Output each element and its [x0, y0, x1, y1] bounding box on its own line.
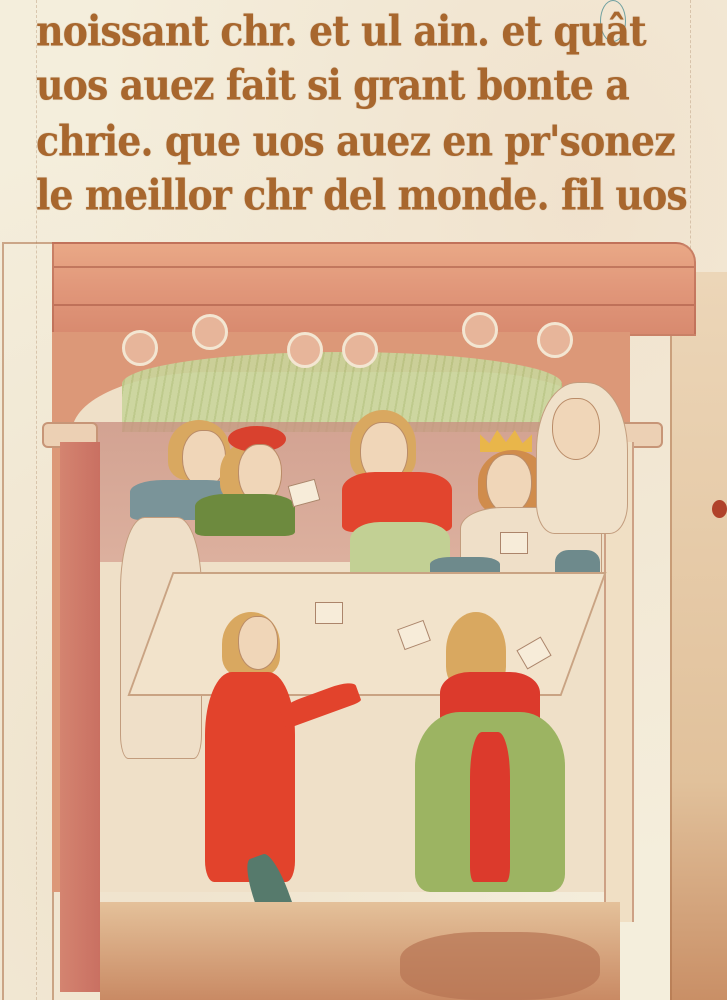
left-tower	[2, 242, 54, 1000]
held-cards	[500, 532, 528, 554]
moulding-line	[54, 266, 694, 268]
manuscript-page: noissant chr. et ul ain. et quât uos aue…	[0, 0, 727, 1000]
card-on-table	[315, 602, 343, 624]
acanthus-scroll	[122, 330, 158, 366]
floor-stain	[400, 932, 600, 1000]
left-pier	[60, 442, 100, 992]
text-line-3: chrie. que uos auez en pr'sonez	[36, 116, 675, 166]
green-canopy	[122, 352, 562, 432]
text-line-4: le meillor chr del monde. fil uos	[36, 170, 687, 220]
acanthus-scroll	[462, 312, 498, 348]
acanthus-scroll	[287, 332, 323, 368]
acanthus-scroll	[192, 314, 228, 350]
right-tower	[670, 272, 727, 1000]
acanthus-scroll	[342, 332, 378, 368]
text-line-2: uos auez fait si grant bonte a	[36, 60, 629, 110]
miniature-illustration	[0, 232, 727, 1000]
red-ink-blot	[712, 500, 727, 518]
moulding-line	[54, 304, 694, 306]
entablature	[52, 242, 696, 336]
card-table	[127, 572, 606, 696]
acanthus-scroll	[537, 322, 573, 358]
text-line-1: noissant chr. et ul ain. et quât	[36, 6, 646, 56]
